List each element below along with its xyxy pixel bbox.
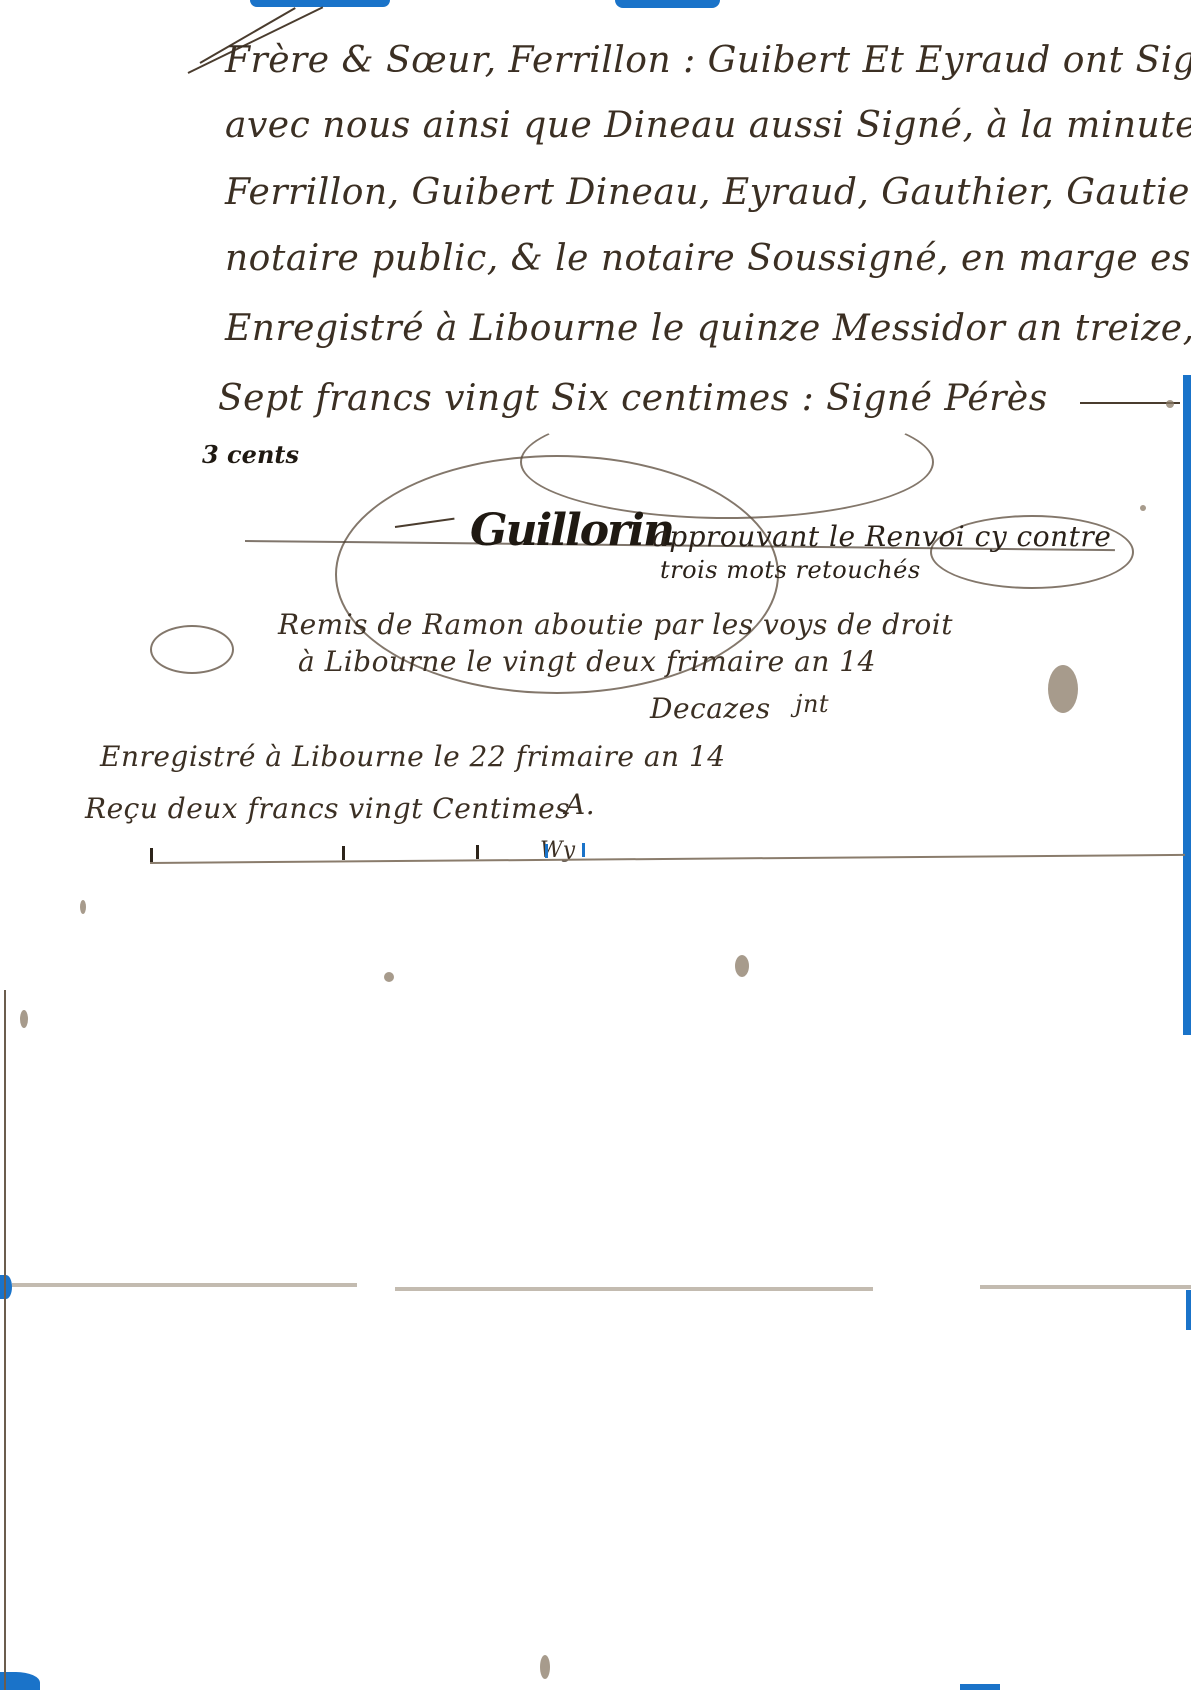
right-edge-stain-lower: [1186, 1290, 1191, 1330]
signature-guillorin: Guillorin: [470, 505, 673, 556]
registration-line-2: Reçu deux francs vingt Centimes: [85, 792, 570, 825]
speck: [80, 900, 86, 914]
remise-signed: Decazes: [650, 692, 771, 725]
rule-tick: [476, 845, 479, 859]
body-line-4: notaire public, & le notaire Soussigné, …: [225, 238, 1191, 279]
speck: [1140, 505, 1146, 511]
body-line-3: Ferrillon, Guibert Dineau, Eyraud, Gauth…: [225, 172, 1191, 213]
speck: [735, 955, 749, 977]
speck: [384, 972, 394, 982]
signature-flourish-upper: [520, 405, 934, 519]
rule-tick: [342, 846, 345, 860]
body-line-5: Enregistré à Libourne le quinze Messidor…: [225, 308, 1191, 349]
left-fold-stain: [0, 1275, 12, 1299]
bottom-right-stain: [960, 1684, 1000, 1690]
left-margin-line: [4, 990, 6, 1690]
right-edge-stain: [1183, 375, 1191, 1035]
approval-line-1: approuvant le Renvoi cy contre: [652, 520, 1111, 553]
fold-line-left: [12, 1283, 357, 1287]
speck: [1166, 400, 1174, 408]
remise-line-1: Remis de Ramon aboutie par les voys de d…: [278, 608, 953, 641]
rule-tick: [545, 844, 548, 858]
top-edge-stain-left: [250, 0, 390, 7]
ink-blot: [1048, 665, 1078, 713]
remise-signed-suffix: jnt: [795, 690, 829, 718]
rule-tick: [582, 843, 585, 857]
document-page: Frère & Sœur, Ferrillon : Guibert Et Eyr…: [0, 0, 1191, 1690]
line-end-dash: [1080, 402, 1180, 404]
approval-line-2: trois mots retouchés: [660, 556, 921, 584]
fold-line-right: [980, 1285, 1191, 1289]
ruled-line-top: [150, 854, 1185, 864]
rule-tick: [150, 848, 153, 862]
bottom-left-stain: [0, 1672, 40, 1690]
top-edge-stain-right: [615, 0, 720, 8]
registration-line-1: Enregistré à Libourne le 22 frimaire an …: [100, 740, 726, 773]
speck: [20, 1010, 28, 1028]
remise-line-2: à Libourne le vingt deux frimaire an 14: [298, 645, 876, 678]
registration-initials: A.: [565, 788, 595, 821]
margin-note: 3 cents: [202, 440, 299, 469]
left-flourish: [150, 625, 234, 674]
fold-line-middle: [395, 1287, 873, 1291]
speck: [540, 1655, 550, 1679]
body-line-2: avec nous ainsi que Dineau aussi Signé, …: [225, 105, 1191, 146]
body-line-1: Frère & Sœur, Ferrillon : Guibert Et Eyr…: [225, 40, 1191, 81]
